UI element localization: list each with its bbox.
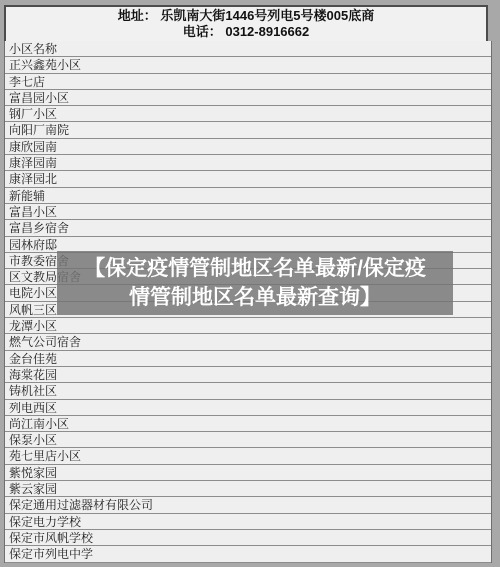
table-row: 紫云家园 [5,481,491,497]
table-row: 李七店 [5,74,491,90]
table-row: 富昌乡宿舍 [5,220,491,236]
table-row: 保定通用过滤器材有限公司 [5,497,491,513]
table-row: 钢厂小区 [5,106,491,122]
table-row: 燃气公司宿舍 [5,334,491,350]
table-row: 紫悦家园 [5,465,491,481]
table-row: 海棠花园 [5,367,491,383]
table-row: 尚江南小区 [5,416,491,432]
watermark-overlay: 【保定疫情管制地区名单最新/保定疫 情管制地区名单最新查询】 [57,251,453,315]
table-row: 列电西区 [5,400,491,416]
table-row: 保定电力学校 [5,514,491,530]
phone-line: 电话： 0312-8916662 [6,24,486,40]
table-row: 龙潭小区 [5,318,491,334]
table-row: 保定市列电中学 [5,546,491,562]
table-row: 保定市风帆学校 [5,530,491,546]
table-row: 苑七里店小区 [5,448,491,464]
table-row: 正兴鑫苑小区 [5,57,491,73]
table-row: 康泽园南 [5,155,491,171]
table-row: 富昌小区 [5,204,491,220]
table-row: 向阳厂南院 [5,122,491,138]
watermark-line-1: 【保定疫情管制地区名单最新/保定疫 [57,254,453,283]
table-row: 保泵小区 [5,432,491,448]
table-row: 金台佳苑 [5,351,491,367]
watermark-line-2: 情管制地区名单最新查询】 [57,283,453,312]
table-row: 康泽园北 [5,171,491,187]
table-row: 铸机社区 [5,383,491,399]
contact-header: 地址： 乐凯南大街1446号列电5号楼005底商 电话： 0312-891666… [4,5,488,43]
table-row: 富昌园小区 [5,90,491,106]
table-row: 康欣园南 [5,139,491,155]
table-header-cell: 小区名称 [5,41,491,57]
address-line: 地址： 乐凯南大街1446号列电5号楼005底商 [6,8,486,24]
table-row: 新能辅 [5,188,491,204]
